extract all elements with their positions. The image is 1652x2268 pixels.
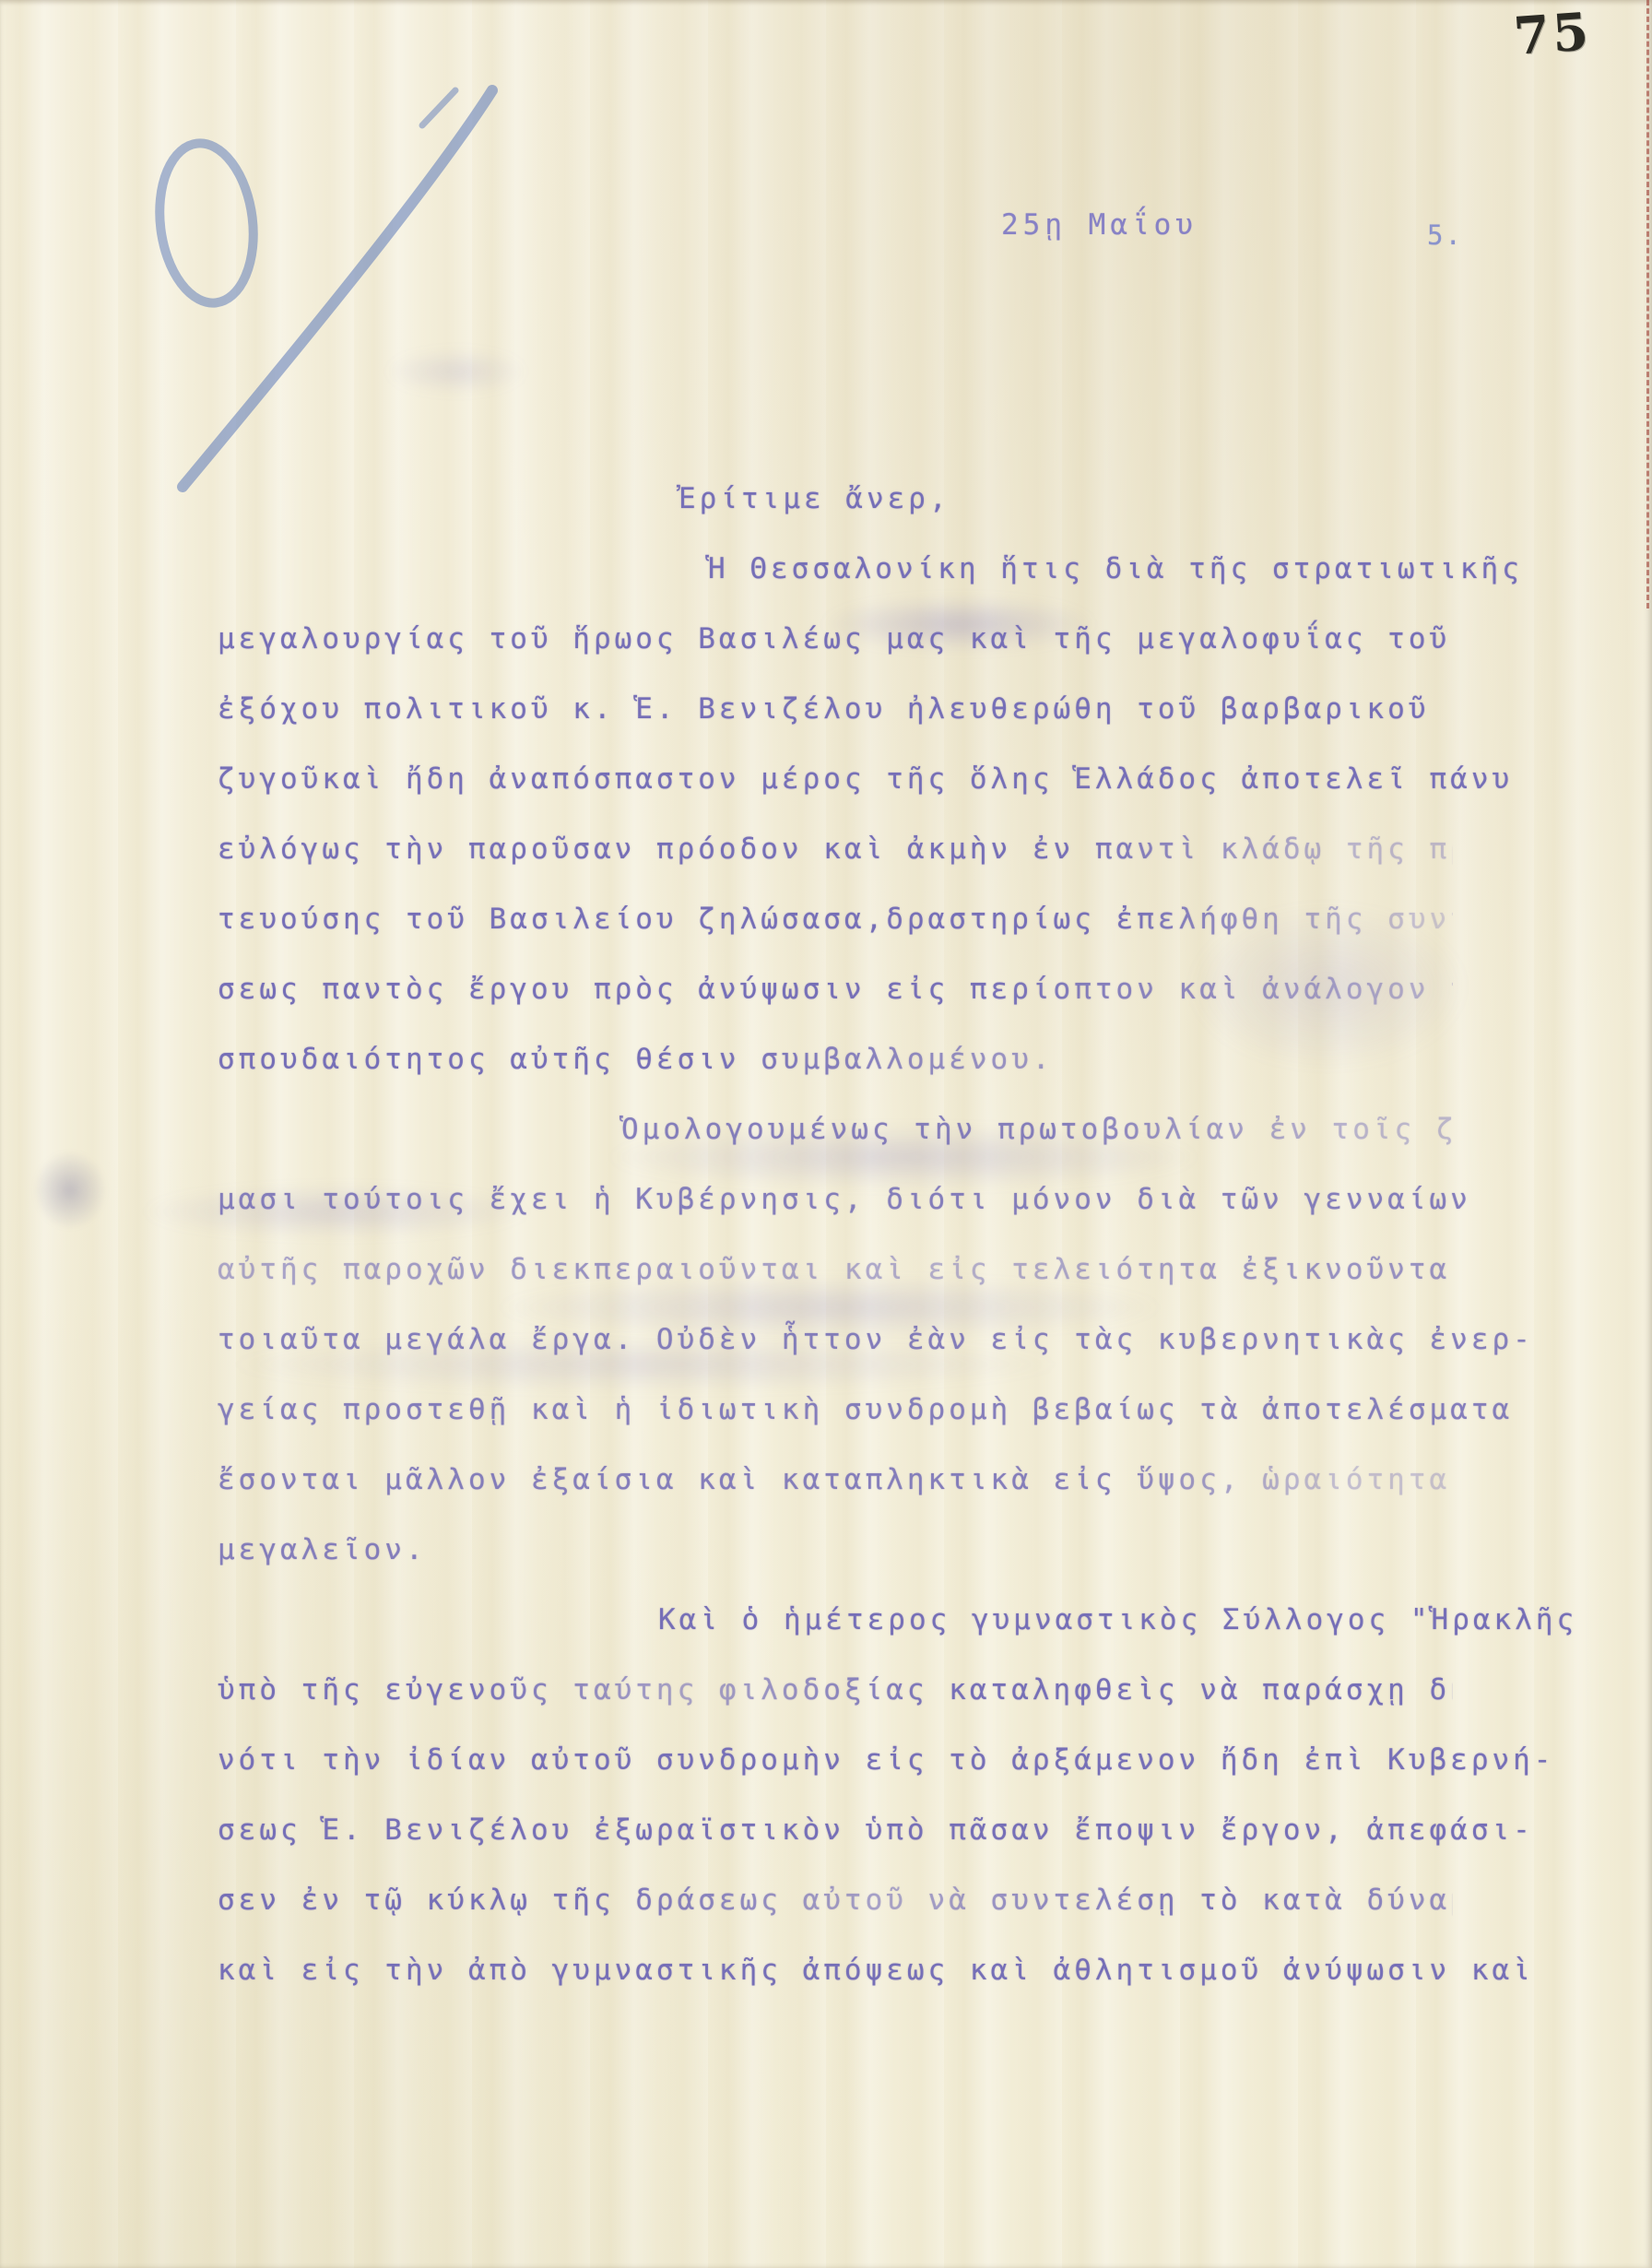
- page-number-stamp: 75: [1512, 1, 1593, 67]
- paragraph: Ὁμολογουμένως τὴν πρωτοβουλίαν ἐν τοῖς ζ…: [218, 1094, 1453, 1585]
- letter-body: Ἐρίτιμε ἄνερ, Ἡ Θεσσαλονίκη ἥτις διὰ τῆς…: [218, 464, 1453, 2005]
- margin-pencil-smudge: [33, 1151, 107, 1230]
- text-line: σπουδαιότητος αὐτῆς θέσιν συμβαλλομένου.: [218, 1024, 1453, 1094]
- text-line: ἐξόχου πολιτικοῦ κ. Ἑ. Βενιζέλου ἠλευθερ…: [218, 674, 1453, 744]
- text-line: τοιαῦτα μεγάλα ἔργα. Οὐδὲν ἧττον ἐὰν εἰς…: [218, 1305, 1453, 1375]
- text-line: αὐτῆς παροχῶν διεκπεραιοῦνται καὶ εἰς τε…: [218, 1234, 1453, 1305]
- text-line: νότι τὴν ἰδίαν αὐτοῦ συνδρομὴν εἰς τὸ ἀρ…: [218, 1725, 1453, 1795]
- text-line: ἔσονται μᾶλλον ἐξαίσια καὶ καταπληκτικὰ …: [218, 1445, 1453, 1515]
- pencil-oval: [151, 138, 262, 309]
- text-line: γείας προστεθῇ καὶ ἡ ἰδιωτικὴ συνδρομὴ β…: [218, 1375, 1453, 1445]
- paragraph: Ἡ Θεσσαλονίκη ἥτις διὰ τῆς στρατιωτικῆςμ…: [218, 534, 1453, 1094]
- document-number: 5.: [1427, 219, 1463, 251]
- text-line: τευούσης τοῦ Βασιλείου ζηλώσασα,δραστηρί…: [218, 884, 1453, 954]
- text-line: μεγαλεῖον.: [218, 1515, 1453, 1585]
- text-line: ὑπὸ τῆς εὐγενοῦς ταύτης φιλοδοξίας καταλ…: [218, 1655, 1453, 1725]
- pencil-slash: [183, 90, 492, 487]
- text-line: εὐλόγως τὴν παροῦσαν πρόοδον καὶ ἀκμὴν ἐ…: [218, 814, 1453, 884]
- text-line: μασι τούτοις ἔχει ἡ Κυβέρνησις, διότι μό…: [218, 1164, 1453, 1234]
- text-line: σεν ἐν τῷ κύκλῳ τῆς δράσεως αὐτοῦ νὰ συν…: [218, 1865, 1453, 1935]
- text-line: μεγαλουργίας τοῦ ἥρωος Βασιλέως μας καὶ …: [218, 604, 1453, 674]
- text-line: Ὁμολογουμένως τὴν πρωτοβουλίαν ἐν τοῖς ζ…: [218, 1094, 1453, 1164]
- text-line: σεως Ἑ. Βενιζέλου ἐξωραϊστικὸν ὑπὸ πᾶσαν…: [218, 1795, 1453, 1865]
- text-line: σεως παντὸς ἔργου πρὸς ἀνύψωσιν εἰς περί…: [218, 954, 1453, 1024]
- date-line: 25ῃ Μαΐου: [1001, 208, 1198, 242]
- letter-paragraphs: Ἡ Θεσσαλονίκη ἥτις διὰ τῆς στρατιωτικῆςμ…: [218, 534, 1453, 2005]
- text-line: ζυγοῦκαὶ ἤδη ἀναπόσπαστον μέρος τῆς ὅλης…: [218, 744, 1453, 814]
- red-dotted-edge: [1646, 0, 1649, 608]
- salutation: Ἐρίτιμε ἄνερ,: [218, 464, 1453, 534]
- text-line: καὶ εἰς τὴν ἀπὸ γυμναστικῆς ἀπόψεως καὶ …: [218, 1935, 1453, 2005]
- paragraph: Καὶ ὁ ἡμέτερος γυμναστικὸς Σύλλογος "Ἡρα…: [218, 1585, 1453, 2005]
- text-line: Ἡ Θεσσαλονίκη ἥτις διὰ τῆς στρατιωτικῆς: [218, 534, 1453, 604]
- text-line: Καὶ ὁ ἡμέτερος γυμναστικὸς Σύλλογος "Ἡρα…: [218, 1585, 1453, 1655]
- pencil-slash-tick: [422, 90, 455, 125]
- document-page: 75 25ῃ Μαΐου 5. Ἐρίτιμε ἄνερ, Ἡ Θεσσαλον…: [0, 0, 1652, 2268]
